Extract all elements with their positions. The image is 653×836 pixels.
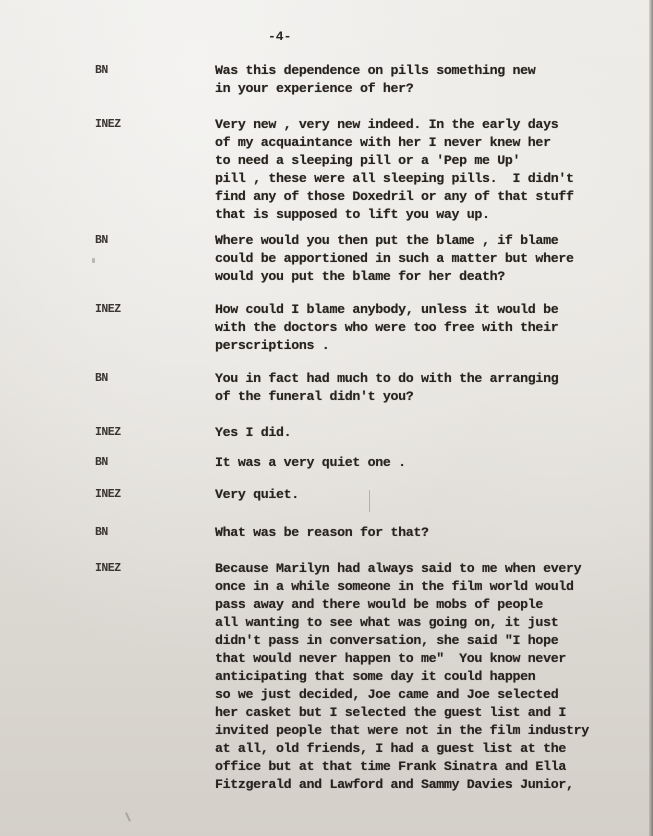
dialogue-line: that is supposed to lift you way up. [215,206,490,224]
speaker-label: INEZ [95,560,121,578]
dialogue-line: office but at that time Frank Sinatra an… [215,758,566,776]
page-number: -4- [268,29,291,44]
dialogue-line: with the doctors who were too free with … [215,319,558,337]
dialogue-line: so we just decided, Joe came and Joe sel… [215,686,558,704]
dialogue-line: invited people that were not in the film… [215,722,589,740]
dialogue-line: all wanting to see what was going on, it… [215,614,558,632]
dialogue-line: Where would you then put the blame , if … [215,232,558,250]
speaker-label: BN [95,62,108,80]
dialogue-line: of the funeral didn't you? [215,388,413,406]
speaker-label: BN [95,370,108,388]
speaker-label: BN [95,524,108,542]
typewritten-page: -4- BNWas this dependence on pills somet… [0,0,653,836]
dialogue-line: at all, old friends, I had a guest list … [215,740,566,758]
dialogue-line: once in a while someone in the film worl… [215,578,574,596]
dialogue-line: Fitzgerald and Lawford and Sammy Davies … [215,776,574,794]
dialogue-line: Yes I did. [215,424,291,442]
dialogue-line: Because Marilyn had always said to me wh… [215,560,581,578]
dialogue-line: her casket but I selected the guest list… [215,704,566,722]
paper-speck [369,490,370,512]
dialogue-line: It was a very quiet one . [215,454,406,472]
paper-speck [125,812,131,822]
dialogue-line: pass away and there would be mobs of peo… [215,596,543,614]
dialogue-line: You in fact had much to do with the arra… [215,370,558,388]
dialogue-line: perscriptions . [215,337,329,355]
dialogue-line: to need a sleeping pill or a 'Pep me Up' [215,152,520,170]
dialogue-line: would you put the blame for her death? [215,268,505,286]
dialogue-line: that would never happen to me" You know … [215,650,566,668]
speaker-label: BN [95,232,108,250]
speaker-label: BN [95,454,108,472]
speaker-label: INEZ [95,424,121,442]
dialogue-line: Was this dependence on pills something n… [215,62,535,80]
dialogue-line: pill , these were all sleeping pills. I … [215,170,574,188]
speaker-label: INEZ [95,486,121,504]
speaker-label: INEZ [95,116,121,134]
dialogue-line: didn't pass in conversation, she said "I… [215,632,558,650]
dialogue-line: How could I blame anybody, unless it wou… [215,301,558,319]
dialogue-line: of my acquaintance with her I never knew… [215,134,551,152]
dialogue-line: find any of those Doxedril or any of tha… [215,188,574,206]
dialogue-line: What was be reason for that? [215,524,429,542]
speaker-label: INEZ [95,301,121,319]
dialogue-line: Very quiet. [215,486,299,504]
dialogue-line: anticipating that some day it could happ… [215,668,535,686]
dialogue-line: Very new , very new indeed. In the early… [215,116,558,134]
paper-speck [92,258,95,263]
dialogue-line: in your experience of her? [215,80,413,98]
dialogue-line: could be apportioned in such a matter bu… [215,250,574,268]
